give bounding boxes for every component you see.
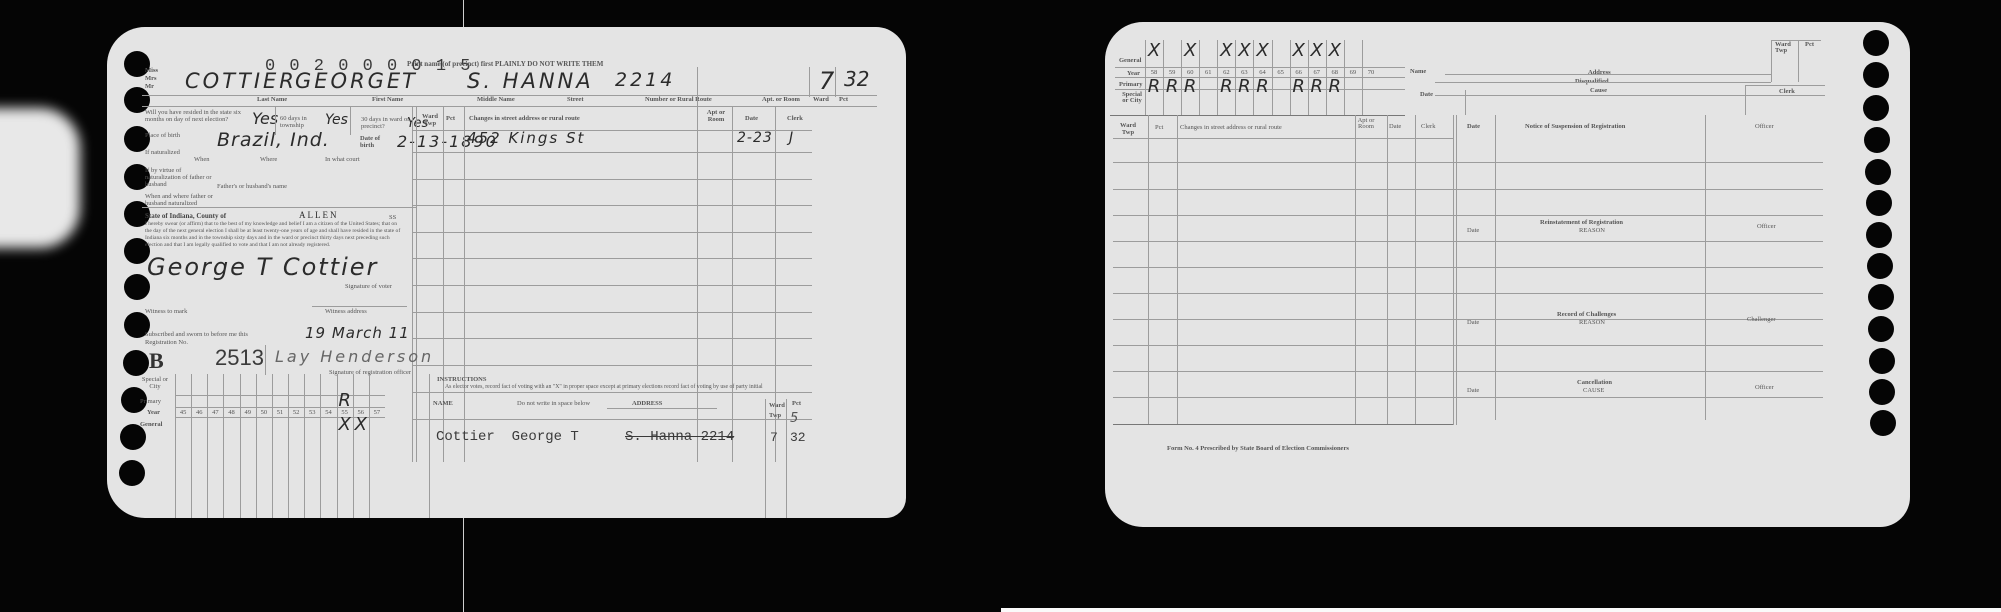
label-naturalized: If naturalized — [145, 149, 185, 156]
label-footer-ward: Ward Twp — [769, 401, 783, 421]
label-when-where-father: When and where father or husband natural… — [145, 193, 220, 207]
general-mark: X — [1148, 42, 1160, 60]
cancellation-title: Cancellation — [1577, 380, 1612, 387]
label-number: Number or Rural Route — [645, 97, 712, 104]
punch-hole — [1863, 62, 1889, 88]
punch-hole — [1870, 410, 1896, 436]
general-mark: X — [355, 416, 367, 434]
punch-hole — [1866, 190, 1892, 216]
scan-glare — [0, 108, 80, 248]
label-place-of-birth: Place of birth — [145, 132, 190, 139]
general-mark: X — [1329, 42, 1341, 60]
label-footer-pct: Pct — [792, 401, 801, 408]
label-last-name: Last Name — [257, 97, 287, 104]
challenges-officer-label: Challenger — [1747, 317, 1776, 324]
general-mark: X — [1184, 42, 1196, 60]
registration-card-front: 0 0 2 0 0 0 0 1 5 Print name (of precinc… — [107, 27, 906, 518]
year-cell: 50 — [261, 410, 268, 417]
year-cell: 53 — [309, 410, 316, 417]
punch-hole — [1869, 379, 1895, 405]
do-not-write: Do not write in space below — [517, 401, 590, 408]
col-pct: Pct — [1155, 125, 1163, 132]
ward-number: 7 — [819, 69, 834, 93]
label-when: When — [194, 157, 210, 164]
col-apt: Apt or Room — [1355, 118, 1377, 130]
punch-hole — [123, 350, 149, 376]
general-mark: X — [1256, 42, 1268, 60]
reinstatement-officer-label: Officer — [1757, 224, 1776, 231]
general-mark: X — [1220, 42, 1232, 60]
signature-label: Signature of voter — [345, 284, 392, 291]
answer-township: Yes — [325, 113, 348, 127]
footer-pct: 32 — [790, 431, 806, 444]
punch-hole — [1863, 30, 1889, 56]
label-resided-state: Will you have resided in the state six m… — [145, 109, 245, 123]
punch-hole — [1864, 127, 1890, 153]
punch-hole — [1869, 348, 1895, 374]
header-instruction: Print name (of precinct) first PLAINLY D… — [407, 61, 603, 68]
primary-mark: R — [1220, 78, 1233, 96]
film-edge — [1001, 608, 2001, 612]
reinstatement-subtitle: REASON — [1579, 228, 1605, 235]
year-cell: 69 — [1350, 70, 1357, 77]
voting-record-grid: 4546474849505152535455RX56X57 — [175, 374, 385, 518]
registration-number: 2513 — [215, 347, 264, 369]
registration-card-back: General Year Primary Special or City X58… — [1105, 22, 1910, 527]
punch-hole — [119, 460, 145, 486]
house-number: 2214 — [615, 71, 675, 90]
punch-hole — [1865, 159, 1891, 185]
year-cell: 61 — [1205, 70, 1212, 77]
label-name: Name — [1410, 69, 1426, 76]
challenges-date-label: Date — [1467, 320, 1479, 327]
cancellation-subtitle: CAUSE — [1583, 388, 1604, 395]
middle-name: T — [402, 71, 418, 92]
year-cell: 57 — [374, 410, 381, 417]
col-clerk: Clerk — [1421, 124, 1435, 131]
first-name: GEORGE — [295, 71, 403, 92]
col-pct: Pct — [446, 116, 455, 123]
col-changes: Changes in street address or rural route — [469, 116, 580, 123]
year-cell: 48 — [228, 410, 235, 417]
answer-place-of-birth: Brazil, Ind. — [217, 131, 330, 150]
primary-mark: R — [1329, 78, 1342, 96]
change-date: 2-23 — [737, 131, 773, 145]
year-cell: 47 — [212, 410, 219, 417]
challenges-title: Record of Challenges — [1557, 312, 1616, 319]
year-cell: 46 — [196, 410, 203, 417]
general-mark: X — [1238, 42, 1250, 60]
year-cell: 45 — [180, 410, 187, 417]
voter-signature: George T Cottier — [147, 255, 378, 279]
col-changes: Changes in street address or rural route — [1180, 125, 1282, 132]
year-cell: 70 — [1368, 70, 1375, 77]
label-what-court: In what court — [325, 157, 360, 164]
instructions-title: INSTRUCTIONS — [437, 377, 487, 384]
label-date-of-birth: Date of birth — [360, 135, 390, 149]
film-scratch — [463, 0, 464, 30]
label-cause: Cause — [1590, 88, 1607, 95]
punch-hole — [1866, 222, 1892, 248]
row-label-special: Special or City — [140, 376, 170, 390]
registrar-signature: Lay Henderson — [275, 349, 434, 365]
label-pct: Pct — [839, 97, 848, 104]
change-address: 452 Kings St — [467, 131, 585, 146]
primary-mark: R — [1166, 78, 1179, 96]
label-ward-twp: Ward Twp — [1775, 42, 1791, 54]
suspension-title: Notice of Suspension of Registration — [1525, 124, 1625, 131]
subscribed-date: 19 March 11 — [305, 326, 410, 341]
year-cell: 54 — [325, 410, 332, 417]
primary-mark: R — [338, 392, 351, 410]
cancellation-date-label: Date — [1467, 388, 1479, 395]
year-cell: 51 — [277, 410, 284, 417]
salutation: Miss Mrs Mr — [145, 67, 158, 91]
general-mark: X — [1292, 42, 1304, 60]
year-cell: 65 — [1277, 70, 1284, 77]
primary-mark: R — [1184, 78, 1197, 96]
street: S. HANNA — [467, 71, 594, 92]
cancellation-officer-label: Officer — [1755, 385, 1774, 392]
registration-label: Registration No. — [145, 340, 188, 347]
primary-mark: R — [1310, 78, 1323, 96]
general-mark: X — [338, 416, 350, 434]
registration-letter: B — [149, 350, 164, 372]
suspension-officer-label: Officer — [1755, 124, 1774, 131]
general-mark: X — [1311, 42, 1323, 60]
row-label-general: General — [1119, 58, 1141, 65]
col-clerk: Clerk — [787, 116, 803, 123]
challenges-subtitle: REASON — [1579, 320, 1605, 327]
col-date: Date — [745, 116, 758, 123]
row-label-year: Year — [147, 410, 160, 417]
punch-hole — [1867, 253, 1893, 279]
voting-record-grid: X58R59RX60R61X62RX63RX64R65X66RX67RX68R6… — [1145, 40, 1380, 115]
footer-pct-handwritten: 5 — [790, 412, 798, 425]
row-label-general: General — [140, 422, 162, 429]
label-first-name: First Name — [372, 97, 403, 104]
label-father-name: Father's or husband's name — [217, 184, 287, 191]
last-name: COTTIER — [185, 71, 297, 92]
punch-hole — [1863, 95, 1889, 121]
subscribed-label: Subscribed and sworn to before me this — [145, 332, 248, 339]
label-where: Where — [260, 157, 277, 164]
change-clerk: J — [789, 131, 796, 145]
label-ward: Ward — [813, 97, 829, 104]
row-label-special: Special or City — [1121, 92, 1143, 104]
col-apt: Apt or Room — [705, 109, 727, 123]
footer-name: Cottier George T — [436, 430, 579, 444]
form-footer: Form No. 4 Prescribed by State Board of … — [1167, 446, 1349, 453]
label-pct: Pct — [1805, 42, 1814, 49]
affidavit-text: I hereby swear (or affirm) that to the b… — [145, 221, 403, 249]
label-address: ADDRESS — [632, 401, 662, 408]
year-cell: 49 — [244, 410, 251, 417]
affidavit-state: State of Indiana, County of — [145, 213, 226, 220]
col-ward-twp: Ward Twp — [420, 113, 440, 127]
col-ward-twp: Ward Twp — [1119, 122, 1137, 136]
witness-address-label: Witness address — [325, 309, 367, 316]
film-scratch — [463, 518, 464, 612]
label-street: Street — [567, 97, 583, 104]
punch-hole — [1868, 284, 1894, 310]
suspension-date-label: Date — [1467, 124, 1480, 131]
col-date: Date — [1389, 124, 1401, 131]
footer-address: S. Hanna 2214 — [625, 430, 734, 444]
label-apt: Apt. or Room — [762, 97, 800, 104]
footer-ward: 7 — [770, 431, 778, 444]
witness-label: Witness to mark — [145, 309, 187, 316]
row-label-primary: Primary — [1119, 82, 1142, 89]
row-label-primary: Primary — [140, 399, 161, 406]
punch-hole — [1868, 316, 1894, 342]
reinstatement-title: Reinstatement of Registration — [1540, 220, 1623, 227]
primary-mark: R — [1148, 78, 1161, 96]
label-date: Date — [1420, 92, 1433, 99]
label-middle-name: Middle Name — [477, 97, 515, 104]
label-name: NAME — [433, 401, 453, 408]
primary-mark: R — [1256, 78, 1269, 96]
label-by-virtue: If by virtue of naturalization of father… — [145, 167, 215, 188]
precinct-number: 32 — [844, 69, 869, 89]
label-township: 60 days in township — [280, 115, 325, 129]
year-cell: 52 — [293, 410, 300, 417]
primary-mark: R — [1292, 78, 1305, 96]
primary-mark: R — [1238, 78, 1251, 96]
instructions-text: As elector votes, record fact of voting … — [445, 384, 765, 391]
reinstatement-date-label: Date — [1467, 228, 1479, 235]
affidavit-county: ALLEN — [299, 211, 339, 220]
